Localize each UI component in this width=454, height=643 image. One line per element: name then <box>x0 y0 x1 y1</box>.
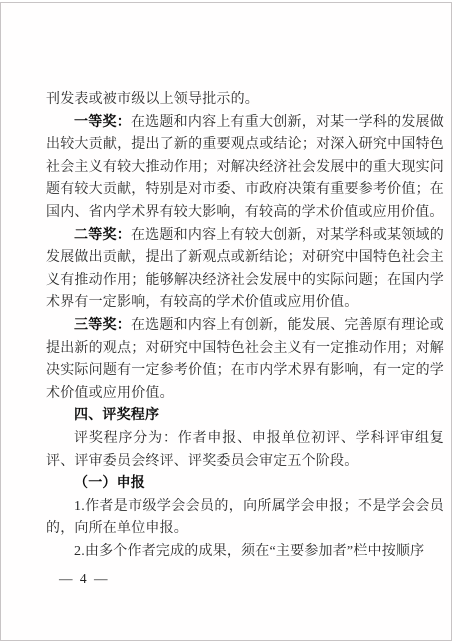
text-run: 1.作者是市级学会会员的，向所属学会申报；不是学会会员的，向所在单位申报。 <box>46 499 444 537</box>
paragraph: 2.由多个作者完成的成果，须在“主要参加者”栏中按顺序 <box>46 541 444 564</box>
text-run: 2.由多个作者完成的成果，须在“主要参加者”栏中按顺序 <box>74 544 424 559</box>
text-run: 刊发表或被市级以上领导批示的。 <box>46 92 259 107</box>
bold-lead-label: 二等奖： <box>74 228 131 243</box>
section-heading: （一）申报 <box>46 473 444 496</box>
paragraph: 刊发表或被市级以上领导批示的。 <box>46 89 444 112</box>
text-run: 评奖程序分为：作者申报、申报单位初评、学科评审组复评、评审委员会终评、评奖委员会… <box>46 431 444 469</box>
text-run: 在选题和内容上有重大创新，对某一学科的发展做出较大贡献，提出了新的重要观点或结论… <box>46 115 444 220</box>
paragraph: 评奖程序分为：作者申报、申报单位初评、学科评审组复评、评审委员会终评、评奖委员会… <box>46 428 444 473</box>
scanned-document-page: 刊发表或被市级以上领导批示的。一等奖：在选题和内容上有重大创新，对某一学科的发展… <box>0 2 452 641</box>
bold-lead-label: 四、评奖程序 <box>74 408 159 423</box>
paragraph: 二等奖：在选题和内容上有较大创新，对某学科或某领域的发展做出贡献，提出了新观点或… <box>46 225 444 315</box>
bold-lead-label: 三等奖： <box>74 318 131 333</box>
paragraph: 三等奖：在选题和内容上有创新，能发展、完善原有理论或提出新的观点；对研究中国特色… <box>46 315 444 405</box>
document-text-block: 刊发表或被市级以上领导批示的。一等奖：在选题和内容上有重大创新，对某一学科的发展… <box>46 89 444 563</box>
bold-lead-label: 一等奖： <box>74 115 131 130</box>
paragraph: 一等奖：在选题和内容上有重大创新，对某一学科的发展做出较大贡献，提出了新的重要观… <box>46 112 444 225</box>
bold-lead-label: （一）申报 <box>74 476 145 491</box>
paragraph: 1.作者是市级学会会员的，向所属学会申报；不是学会会员的，向所在单位申报。 <box>46 496 444 541</box>
section-heading: 四、评奖程序 <box>46 405 444 428</box>
page-number: — 4 — <box>59 571 110 587</box>
